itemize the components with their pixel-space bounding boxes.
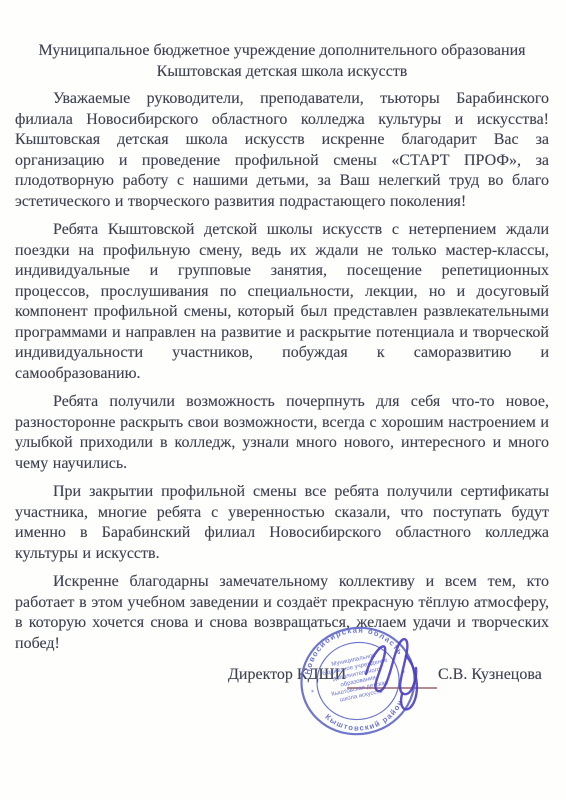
handwritten-signature-ink xyxy=(350,630,454,722)
paragraph-certificates: При закрытии профильной смены все ребята… xyxy=(15,482,549,564)
letterhead: Муниципальное бюджетное учреждение допол… xyxy=(15,40,549,82)
letterhead-line-2: Кыштовская детская школа искусств xyxy=(15,61,549,82)
stamp-star-left: * xyxy=(310,688,315,696)
paragraph-greeting: Уважаемые руководители, преподаватели, т… xyxy=(15,89,549,212)
paragraph-experience: Ребята получили возможность почерпнуть д… xyxy=(15,392,549,474)
letter-page: Муниципальное бюджетное учреждение допол… xyxy=(0,0,566,800)
paragraph-gratitude: Искренне благодарны замечательному колле… xyxy=(15,572,549,654)
letter-body: Муниципальное бюджетное учреждение допол… xyxy=(15,40,549,662)
paragraph-activities: Ребята Кыштовской детской школы искусств… xyxy=(15,220,549,384)
letterhead-line-1: Муниципальное бюджетное учреждение допол… xyxy=(15,40,549,61)
